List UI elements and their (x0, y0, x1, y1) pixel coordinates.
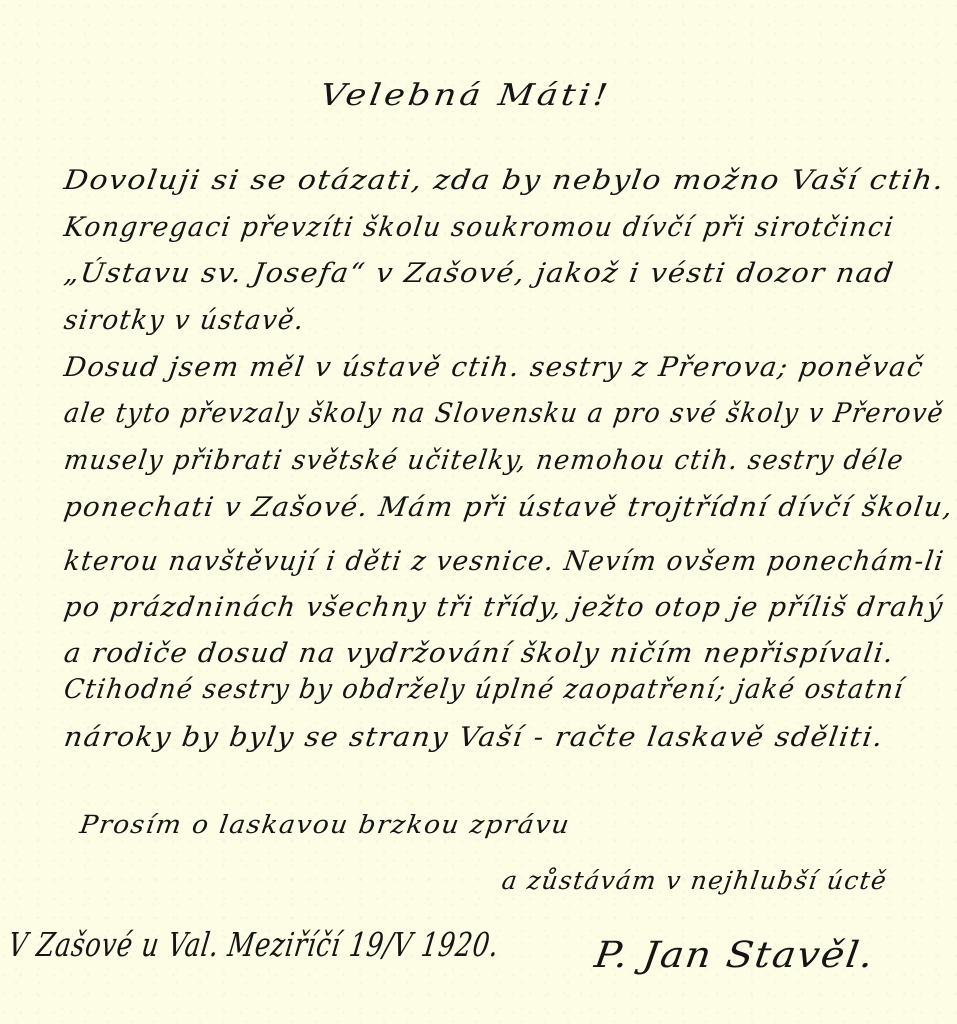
place-and-date: V Zašové u Val. Meziříčí 19/V 1920. (6, 925, 502, 964)
body-line-9: kterou navštěvují i děti z vesnice. Neví… (62, 546, 946, 577)
body-line-10: po prázdninách všechny tři třídy, ježto … (62, 592, 946, 623)
body-line-8: ponechati v Zašové. Mám při ústavě trojt… (62, 492, 956, 523)
closing-regards: a zůstávám v nejhlubší úctě (500, 866, 889, 895)
body-line-5: Dosud jsem měl v ústavě ctih. sestry z P… (62, 352, 926, 383)
body-line-2: Kongregaci převzíti školu soukromou dívč… (62, 212, 896, 243)
letter-page: Velebná Máti! Dovoluji si se otázati, zd… (0, 0, 957, 1024)
body-line-4: sirotky v ústavě. (62, 305, 307, 336)
body-line-11: a rodiče dosud na vydržování školy ničím… (62, 638, 896, 669)
signature: P. Jan Stavěl. (592, 935, 877, 976)
closing-request: Prosím o laskavou brzkou zprávu (78, 810, 572, 839)
body-line-13: nároky by byly se strany Vaší - račte la… (62, 722, 886, 753)
body-line-7: musely přibrati světské učitelky, nemoho… (62, 445, 906, 476)
body-line-1: Dovoluji si se otázati, zda by nebylo mo… (62, 165, 947, 196)
body-line-12: Ctihodné sestry by obdržely úplné zaopat… (62, 674, 906, 705)
salutation: Velebná Máti! (318, 78, 613, 113)
body-line-3: „Ústavu sv. Josefa“ v Zašové, jakož i vé… (62, 258, 896, 289)
body-line-6: ale tyto převzaly školy na Slovensku a p… (62, 398, 946, 429)
